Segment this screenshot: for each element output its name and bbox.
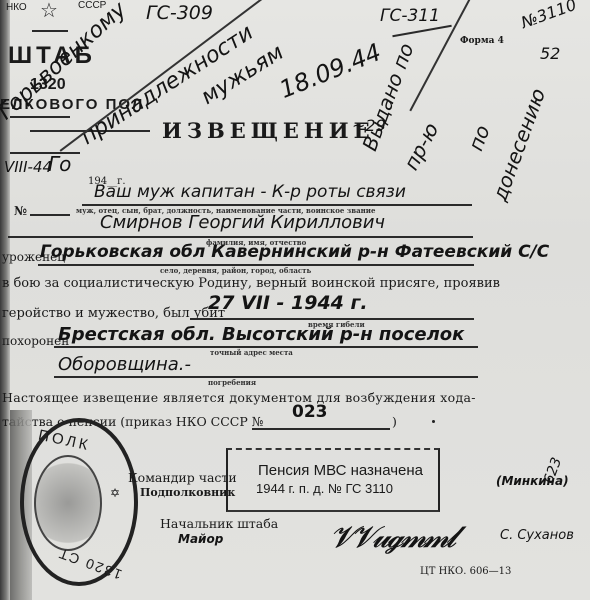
header-rule <box>32 30 68 32</box>
signature-scribble: 𝓥𝓥𝓾𝓰𝓶𝓶𝓵 <box>330 520 453 555</box>
commander-label: Командир части <box>128 470 237 485</box>
burial-caption-1: точный адрес места <box>210 348 293 357</box>
chief-name: С. Суханов <box>500 528 574 543</box>
handwritten-subnumber: 52 <box>540 44 560 63</box>
burial-line-2 <box>54 376 478 378</box>
origin-value: Горьковская обл Кавернинский р-н Фатеевс… <box>40 242 549 262</box>
burial-value-line2: Оборовщина.- <box>58 354 191 375</box>
form-number: 4 <box>498 36 504 46</box>
org-label: НКО <box>6 2 27 13</box>
rank-value: Ваш муж капитан - К-р роты связи <box>94 182 406 202</box>
handwritten-code-1: ГС-309 <box>146 2 213 24</box>
stamp-line-1: Пенсия МВС назначена <box>258 462 423 479</box>
origin-caption: село, деревня, район, город, область <box>160 266 311 275</box>
handwritten-left-date: VIII-44 <box>4 158 52 176</box>
number-line <box>30 214 70 216</box>
footer-print-code: ЦТ НКО. 606—13 <box>420 566 511 577</box>
order-close: ) <box>392 414 397 429</box>
ink-dot <box>432 420 435 423</box>
star-icon: ☆ <box>40 0 58 22</box>
burial-value-line1: Брестская обл. Высотский р-н поселок <box>58 324 464 345</box>
page-title: ИЗВЕЩЕНИЕ <box>162 118 375 143</box>
chief-rank: Майор <box>178 532 223 546</box>
order-number: 023 <box>292 402 328 422</box>
chief-label: Начальник штаба <box>160 516 278 531</box>
commander-rank: Подполковник <box>140 486 235 499</box>
form-label-text: Форма <box>460 36 494 46</box>
handwritten-code-2: ГС-311 <box>380 6 440 26</box>
order-line <box>252 428 390 430</box>
star-icon: ✡ <box>110 486 120 500</box>
burial-caption-2: погребения <box>208 378 256 387</box>
stamp-side-name: (Минкина) <box>496 474 569 488</box>
stamp-line-2: 1944 г. п. д. № ГС 3110 <box>256 481 393 496</box>
form-label: Форма 4 <box>460 36 504 46</box>
number-label: № <box>14 204 27 218</box>
handwritten-left-note: Го <box>48 152 71 176</box>
body-text-1: в бою за социалистическую Родину, верный… <box>2 276 500 291</box>
seal-emblem <box>34 455 102 551</box>
handwritten-title-suffix: ~29 <box>352 116 386 135</box>
pension-stamp <box>226 448 440 512</box>
notice-text-1: Настоящее извещение является документом … <box>2 390 476 405</box>
name-value: Смирнов Георгий Кириллович <box>100 212 385 233</box>
death-date-value: 27 VII - 1944 г. <box>208 292 368 314</box>
paper-edge-shadow <box>0 0 10 600</box>
